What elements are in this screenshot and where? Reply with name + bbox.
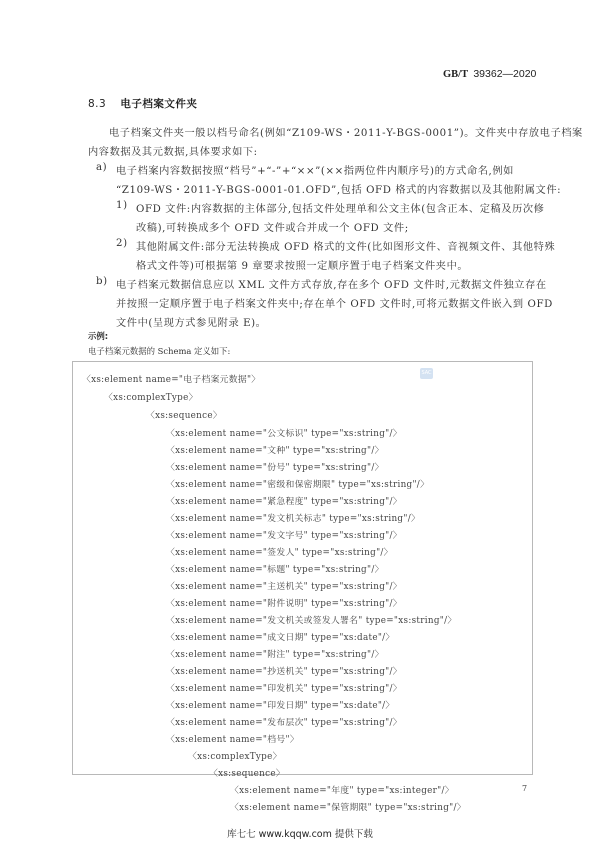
code-line: 〈xs:element name="印发日期" type="xs:date"/〉 bbox=[166, 698, 395, 711]
code-line: 〈xs:element name="年度" type="xs:integer"/… bbox=[230, 783, 454, 796]
code-line: 〈xs:element name="文种" type="xs:string"/〉 bbox=[166, 443, 384, 456]
item-a2-marker: 2) bbox=[116, 238, 128, 249]
section-number: 8.3 bbox=[88, 98, 106, 110]
section-title: 电子档案文件夹 bbox=[120, 98, 197, 110]
code-line: 〈xs:sequence〉 bbox=[209, 766, 285, 779]
section-heading: 8.3 电子档案文件夹 bbox=[88, 96, 197, 111]
code-line: 〈xs:element name="印发机关" type="xs:string"… bbox=[166, 681, 402, 694]
item-a-marker: a) bbox=[96, 162, 107, 173]
code-line: 〈xs:element name="电子档案元数据"〉 bbox=[82, 372, 260, 385]
code-line: 〈xs:element name="发布层次" type="xs:string"… bbox=[166, 715, 402, 728]
code-line: 〈xs:element name="附注" type="xs:string"/〉 bbox=[166, 647, 384, 660]
code-line: 〈xs:element name="标题" type="xs:string"/〉 bbox=[166, 562, 384, 575]
code-line: 〈xs:complexType〉 bbox=[188, 749, 282, 762]
item-b-marker: b) bbox=[96, 276, 108, 287]
code-line: 〈xs:element name="附件说明" type="xs:string"… bbox=[166, 596, 402, 609]
item-a1-marker: 1) bbox=[116, 200, 128, 211]
item-a-line-2: “Z109-WS・2011-Y-BGS-0001-01.OFD”,包括 OFD … bbox=[116, 181, 561, 196]
code-line: 〈xs:complexType〉 bbox=[104, 390, 198, 403]
item-b-line-2: 并按照一定顺序置于电子档案文件夹中;存在单个 OFD 文件时,可将元数据文件嵌入… bbox=[116, 295, 553, 310]
page-number: 7 bbox=[522, 784, 527, 793]
standard-code-prefix: GB/T bbox=[443, 69, 468, 80]
code-line: 〈xs:element name="成文日期" type="xs:date"/〉 bbox=[166, 630, 395, 643]
code-line: 〈xs:element name="主送机关" type="xs:string"… bbox=[166, 579, 402, 592]
code-line: 〈xs:element name="份号" type="xs:string"/〉 bbox=[166, 460, 384, 473]
code-line: 〈xs:element name="保管期限" type="xs:string"… bbox=[230, 800, 466, 813]
item-b-line-3: 文件中(呈现方式参见附录 E)。 bbox=[116, 314, 266, 329]
sac-watermark-icon: SAC bbox=[420, 368, 433, 379]
code-line: 〈xs:element name="签发人" type="xs:string"/… bbox=[166, 545, 393, 558]
item-a2-line-2: 格式文件等)可根据第 9 章要求按照一定顺序置于电子档案文件夹中。 bbox=[136, 257, 468, 272]
code-line: 〈xs:element name="密级和保密期限" type="xs:stri… bbox=[166, 477, 429, 490]
code-line: 〈xs:element name="紧急程度" type="xs:string"… bbox=[166, 494, 402, 507]
code-line: 〈xs:element name="发文字号" type="xs:string"… bbox=[166, 528, 402, 541]
item-a-line-1: 电子档案内容数据按照“档号”+“-”+“××”(××指两位件内顺序号)的方式命名… bbox=[116, 162, 514, 177]
intro-line-1: 电子档案文件夹一般以档号命名(例如“Z109-WS・2011-Y-BGS-000… bbox=[109, 124, 583, 139]
item-b-line-1: 电子档案元数据信息应以 XML 文件方式存放,存在多个 OFD 文件时,元数据文… bbox=[116, 276, 547, 291]
code-line: 〈xs:element name="发文机关标志" type="xs:strin… bbox=[166, 511, 420, 524]
code-line: 〈xs:element name="抄送机关" type="xs:string"… bbox=[166, 664, 402, 677]
item-a2-line-1: 其他附属文件:部分无法转换成 OFD 格式的文件(比如图形文件、音视频文件、其他… bbox=[136, 238, 555, 253]
code-line: 〈xs:element name="档号"〉 bbox=[166, 732, 299, 745]
code-line: 〈xs:element name="公文标识" type="xs:string"… bbox=[166, 426, 402, 439]
footer-text: 库七七 www.kqqw.com 提供下载 bbox=[0, 826, 600, 840]
intro-line-2: 内容数据及其元数据,具体要求如下: bbox=[88, 143, 258, 158]
standard-code: GB/T 39362—2020 bbox=[443, 68, 536, 80]
example-label: 示例: bbox=[88, 330, 108, 342]
code-line: 〈xs:element name="发文机关或签发人署名" type="xs:s… bbox=[166, 613, 456, 626]
example-description: 电子档案元数据的 Schema 定义如下: bbox=[88, 345, 230, 357]
item-a1-line-1: OFD 文件:内容数据的主体部分,包括文件处理单和公文主体(包含正本、定稿及历次… bbox=[136, 200, 544, 215]
item-a1-line-2: 改稿),可转换成多个 OFD 文件或合并成一个 OFD 文件; bbox=[136, 219, 409, 234]
code-line: 〈xs:sequence〉 bbox=[146, 408, 222, 421]
standard-code-number: 39362—2020 bbox=[473, 68, 536, 80]
